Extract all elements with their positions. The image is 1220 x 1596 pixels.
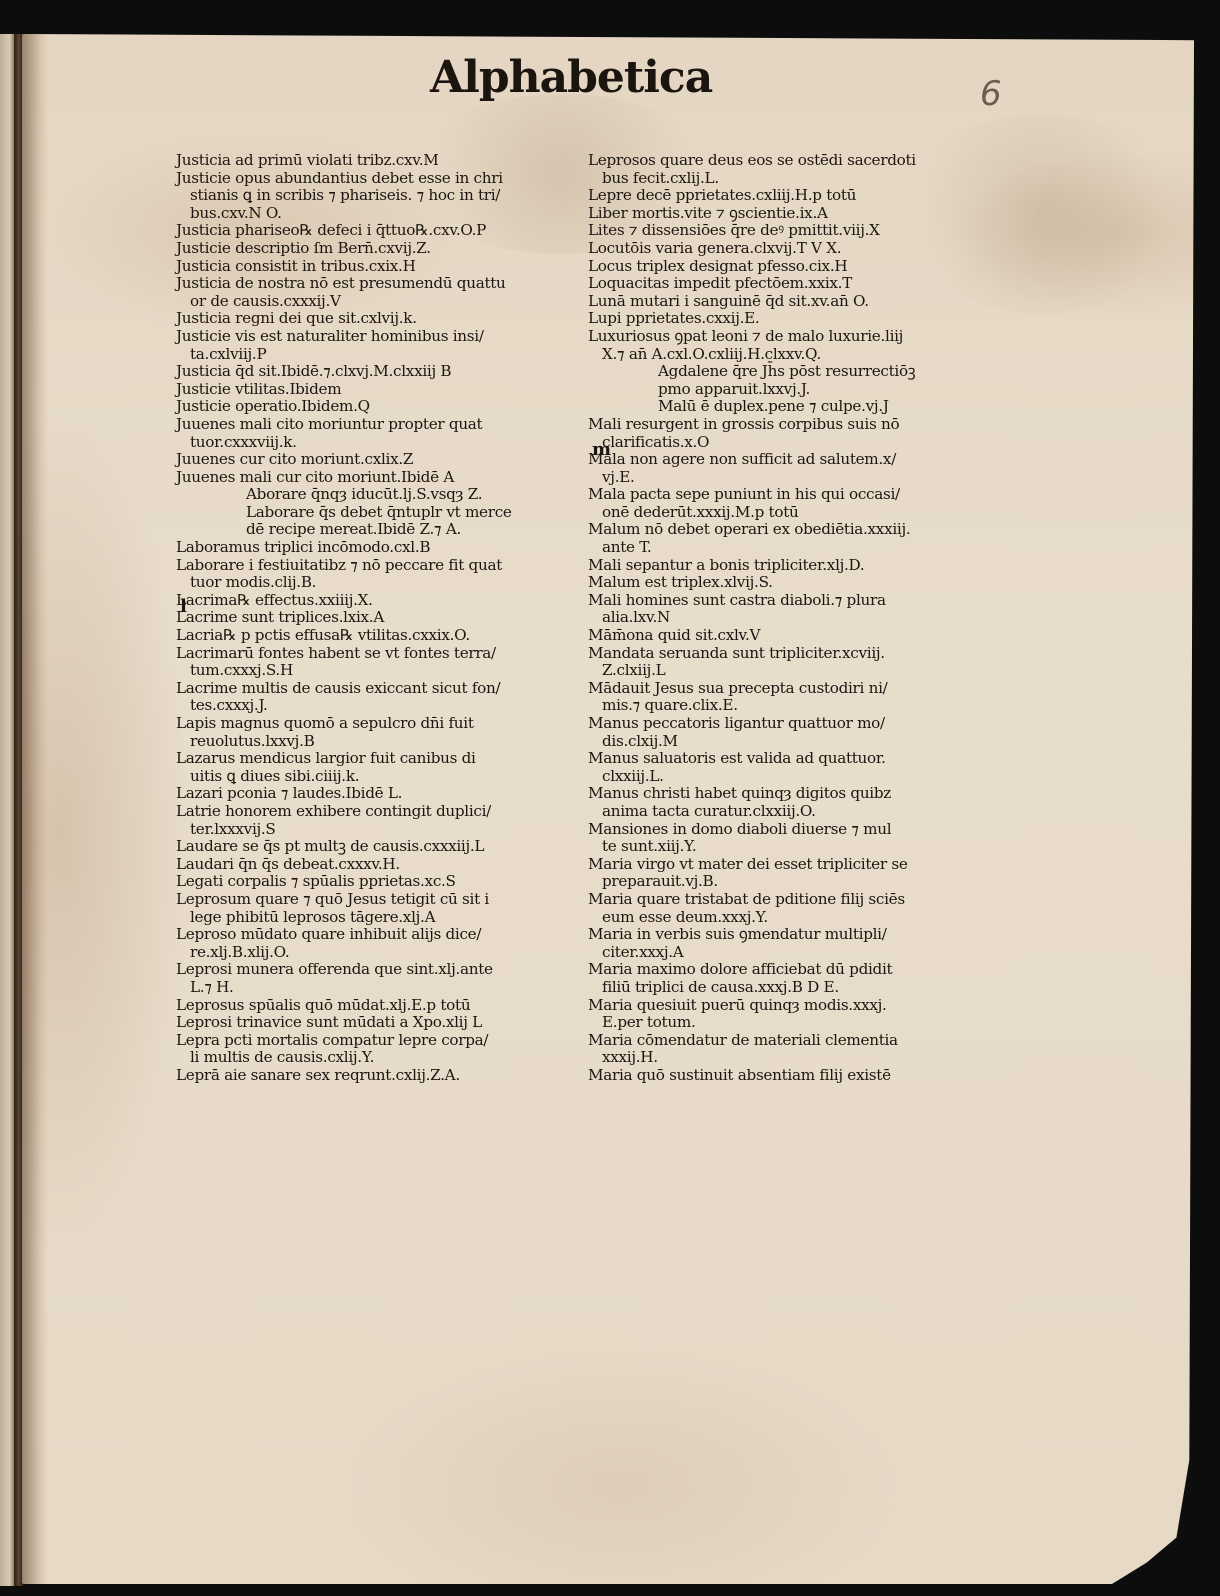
index-entry: Justicie vis est naturaliter hominibus i… xyxy=(176,328,556,363)
index-entry-continuation: ante T. xyxy=(588,539,968,557)
index-column-right: Leprosos quare deus eos se ostēdi sacerd… xyxy=(588,152,968,1084)
index-entry-text: Mala non agere non sufficit ad salutem.x… xyxy=(588,451,968,469)
index-entry-text: Laudari q̄n q̄s debeat.cxxxv.H. xyxy=(176,856,556,874)
index-entry-continuation: clarificatis.x.O xyxy=(588,434,968,452)
index-entry: Lepre decē pprietates.cxliij.H.p totū xyxy=(588,187,968,205)
index-entry-continuation: tuor.cxxxviij.k. xyxy=(176,434,556,452)
index-entry-text: Leprosi trinavice sunt mūdati a Xpo.xlij… xyxy=(176,1014,556,1032)
index-entry-continuation: stianis ꝗ in scribis ⁊ phariseis. ⁊ hoc … xyxy=(176,187,556,222)
index-entry-text: Justicia ad primū violati tribz.cxv.M xyxy=(176,152,556,170)
index-entry: Manus christi habet quinqȝ digitos quibz… xyxy=(588,785,968,820)
index-entry: Juuenes mali cur cito moriunt.Ibidē A xyxy=(176,469,556,487)
index-entry: Leproso mūdato quare inhibuit alijs dice… xyxy=(176,926,556,961)
index-entry: Maria maximo dolore afficiebat dū pdidit… xyxy=(588,961,968,996)
index-entry: Laboramus triplici incōmodo.cxl.B xyxy=(176,539,556,557)
index-entry-text: Lacrime sunt triplices.lxix.A xyxy=(176,609,556,627)
index-entry: Lepra pcti mortalis compatur lepre corpa… xyxy=(176,1032,556,1067)
index-entry-text: Maria quare tristabat de pditione filij … xyxy=(588,891,968,909)
index-entry-continuation: uitis ꝗ diues sibi.ciiij.k. xyxy=(176,768,556,786)
index-entry-text: Lepra pcti mortalis compatur lepre corpa… xyxy=(176,1032,556,1050)
index-entry: Malum est triplex.xlvij.S. xyxy=(588,574,968,592)
index-entry-text: Maria quesiuit puerū quinqȝ modis.xxxj. xyxy=(588,997,968,1015)
index-entry-text: Lazarus mendicus largior fuit canibus di xyxy=(176,750,556,768)
index-entry-text: Lacrime multis de causis exiccant sicut … xyxy=(176,680,556,698)
index-entry-text: Lazari pconia ⁊ laudes.Ibidē L. xyxy=(176,785,556,803)
index-entry-text: Leprosi munera offerenda que sint.xlj.an… xyxy=(176,961,556,979)
index-entry-text: Mām̄ona quid sit.cxlv.V xyxy=(588,627,968,645)
index-entry-text: Leproso mūdato quare inhibuit alijs dice… xyxy=(176,926,556,944)
index-entry-continuation: citer.xxxj.A xyxy=(588,944,968,962)
index-entry-continuation: filiū triplici de causa.xxxj.B D E. xyxy=(588,979,968,997)
index-entry-text: Justicie vtilitas.Ibidem xyxy=(176,381,556,399)
index-entry-continuation: X.⁊ an̄ A.cxl.O.cxliij.H.clxxv.Q. xyxy=(588,346,968,364)
index-entry: Maria in verbis suis ꝯmendatur multipli/… xyxy=(588,926,968,961)
index-entry-text: Mandata seruanda sunt tripliciter.xcviij… xyxy=(588,645,968,663)
index-entry: Leprosum quare ⁊ quō Jesus tetigit cū si… xyxy=(176,891,556,926)
index-entry: Justicia phariseo℞ defeci i q̄ttuo℞.cxv.… xyxy=(176,222,556,240)
index-entry-continuation: E.per totum. xyxy=(588,1014,968,1032)
index-entry-text: Justicie descriptio ſm Bern̄.cxvij.Z. xyxy=(176,240,556,258)
page-edge-stain xyxy=(22,34,48,1584)
index-entry-text: Laboramus triplici incōmodo.cxl.B xyxy=(176,539,556,557)
index-entry-continuation: reuolutus.lxxvj.B xyxy=(176,733,556,751)
index-entry: Mali homines sunt castra diaboli.⁊ plura… xyxy=(588,592,968,627)
index-entry: Malū ē duplex.pene ⁊ culpe.vj.J xyxy=(588,398,968,416)
index-entry-text: Justicie vis est naturaliter hominibus i… xyxy=(176,328,556,346)
index-entry-text: Maria quō sustinuit absentiam filij exis… xyxy=(588,1067,968,1085)
index-entry: Lites ⁊ dissensiōes q̄re deꝰ pmittit.vii… xyxy=(588,222,968,240)
index-entry-text: Malū ē duplex.pene ⁊ culpe.vj.J xyxy=(588,398,968,416)
index-entry-text: Justicia regni dei que sit.cxlvij.k. xyxy=(176,310,556,328)
index-entry-continuation: ter.lxxxvij.S xyxy=(176,821,556,839)
index-entry: Mali resurgent in grossis corpibus suis … xyxy=(588,416,968,451)
index-entry-text: Justicia consistit in tribus.cxix.H xyxy=(176,258,556,276)
index-entry-text: Juuenes cur cito moriunt.cxlix.Z xyxy=(176,451,556,469)
index-entry-text: Maria in verbis suis ꝯmendatur multipli/ xyxy=(588,926,968,944)
book-page: Alphabetica 6 Justicia ad primū violati … xyxy=(22,34,1194,1584)
guide-letter-l: l xyxy=(180,596,187,617)
index-entry: Malum nō debet operari ex obediētia.xxxi… xyxy=(588,521,968,556)
index-column-left: Justicia ad primū violati tribz.cxv.MJus… xyxy=(176,152,556,1084)
index-entry-text: Malum est triplex.xlvij.S. xyxy=(588,574,968,592)
index-entry: Justicie operatio.Ibidem.Q xyxy=(176,398,556,416)
index-entry-text: Maria cōmendatur de materiali clementia xyxy=(588,1032,968,1050)
index-entry-text: Lacria℞ p pctis effusa℞ vtilitas.cxxix.O… xyxy=(176,627,556,645)
index-entry-text: Justicie opus abundantius debet esse in … xyxy=(176,170,556,188)
index-entry-text: Maria virgo vt mater dei esset triplicit… xyxy=(588,856,968,874)
index-entry-text: Juuenes mali cur cito moriunt.Ibidē A xyxy=(176,469,556,487)
index-entry-text: Lepre decē pprietates.cxliij.H.p totū xyxy=(588,187,968,205)
index-entry: Lupi pprietates.cxxij.E. xyxy=(588,310,968,328)
index-entry: Leprosos quare deus eos se ostēdi sacerd… xyxy=(588,152,968,187)
index-entry: Locutōis varia genera.clxvij.T V X. xyxy=(588,240,968,258)
index-entry: Justicia regni dei que sit.cxlvij.k. xyxy=(176,310,556,328)
index-entry-text: Mali resurgent in grossis corpibus suis … xyxy=(588,416,968,434)
index-entry: Lacrimarū fontes habent se vt fontes ter… xyxy=(176,645,556,680)
index-entry-text: Malum nō debet operari ex obediētia.xxxi… xyxy=(588,521,968,539)
index-entry-continuation: te sunt.xiij.Y. xyxy=(588,838,968,856)
index-entry-text: Juuenes mali cito moriuntur propter quat xyxy=(176,416,556,434)
index-entry-text: Manus saluatoris est valida ad quattuor. xyxy=(588,750,968,768)
index-entry-continuation: alia.lxv.N xyxy=(588,609,968,627)
index-entry: Laborare q̄s debet q̄ntuplr vt mercedē r… xyxy=(176,504,556,539)
folio-number: 6 xyxy=(980,74,1002,114)
index-entry: Mansiones in domo diaboli diuerse ⁊ mult… xyxy=(588,821,968,856)
index-entry-continuation: clxxiij.L. xyxy=(588,768,968,786)
index-entry-text: Leprosos quare deus eos se ostēdi sacerd… xyxy=(588,152,968,170)
index-entry-continuation: dis.clxij.M xyxy=(588,733,968,751)
index-entry-text: Lites ⁊ dissensiōes q̄re deꝰ pmittit.vii… xyxy=(588,222,968,240)
index-entry-continuation: tum.cxxxj.S.H xyxy=(176,662,556,680)
index-entry-text: Mala pacta sepe puniunt in his qui occas… xyxy=(588,486,968,504)
index-entry: Manus saluatoris est valida ad quattuor.… xyxy=(588,750,968,785)
index-entry: Legati corpalis ⁊ spūalis pprietas.xc.S xyxy=(176,873,556,891)
index-entry-continuation: onē dederūt.xxxij.M.p totū xyxy=(588,504,968,522)
index-entry: Lunā mutari i sanguinē q̄d sit.xv.an̄ O. xyxy=(588,293,968,311)
index-entry: Mali sepantur a bonis tripliciter.xlj.D. xyxy=(588,557,968,575)
index-entry-text: Laborare i festiuitatibz ⁊ nō peccare fi… xyxy=(176,557,556,575)
index-entry-text: Aborare q̄nqȝ iducūt.lj.S.vsqȝ Z. xyxy=(176,486,556,504)
index-entry-text: Leprosus spūalis quō mūdat.xlj.E.p totū xyxy=(176,997,556,1015)
index-entry: Juuenes cur cito moriunt.cxlix.Z xyxy=(176,451,556,469)
index-entry: Luxuriosus ꝯpat leoni ⁊ de malo luxurie.… xyxy=(588,328,968,363)
index-entry-text: Lunā mutari i sanguinē q̄d sit.xv.an̄ O. xyxy=(588,293,968,311)
index-entry: Justicie descriptio ſm Bern̄.cxvij.Z. xyxy=(176,240,556,258)
index-entry: Laborare i festiuitatibz ⁊ nō peccare fi… xyxy=(176,557,556,592)
index-entry: Locus triplex designat pfesso.cix.H xyxy=(588,258,968,276)
index-entry-text: Manus peccatoris ligantur quattuor mo/ xyxy=(588,715,968,733)
index-entry-text: Justicia q̄d sit.Ibidē.⁊.clxvj.M.clxxiij… xyxy=(176,363,556,381)
index-entry-continuation: or de causis.cxxxij.V xyxy=(176,293,556,311)
index-entry: Aborare q̄nqȝ iducūt.lj.S.vsqȝ Z. xyxy=(176,486,556,504)
index-entry-text: Lacrimarū fontes habent se vt fontes ter… xyxy=(176,645,556,663)
index-entry: Justicie vtilitas.Ibidem xyxy=(176,381,556,399)
index-entry-text: Liber mortis.vite ⁊ ꝯscientie.ix.A xyxy=(588,205,968,223)
index-entry-continuation: eum esse deum.xxxj.Y. xyxy=(588,909,968,927)
index-entry: Lazarus mendicus largior fuit canibus di… xyxy=(176,750,556,785)
index-entry: Leprosus spūalis quō mūdat.xlj.E.p totū xyxy=(176,997,556,1015)
index-entry-text: Loquacitas impedit pfectōem.xxix.T xyxy=(588,275,968,293)
index-entry: Justicia ad primū violati tribz.cxv.M xyxy=(176,152,556,170)
index-entry: Laudari q̄n q̄s debeat.cxxxv.H. xyxy=(176,856,556,874)
index-entry: Lacria℞ p pctis effusa℞ vtilitas.cxxix.O… xyxy=(176,627,556,645)
index-entry-text: Mansiones in domo diaboli diuerse ⁊ mul xyxy=(588,821,968,839)
index-entry-text: Justicia de nostra nō est presumendū qua… xyxy=(176,275,556,293)
index-entry: Justicia de nostra nō est presumendū qua… xyxy=(176,275,556,310)
index-entry-text: Laudare se q̄s pt multꝫ de causis.cxxxii… xyxy=(176,838,556,856)
index-entry: Justicia consistit in tribus.cxix.H xyxy=(176,258,556,276)
index-entry: Loquacitas impedit pfectōem.xxix.T xyxy=(588,275,968,293)
index-entry: Mandata seruanda sunt tripliciter.xcviij… xyxy=(588,645,968,680)
index-entry: Maria quesiuit puerū quinqȝ modis.xxxj.E… xyxy=(588,997,968,1032)
index-entry: Latrie honorem exhibere contingit duplic… xyxy=(176,803,556,838)
index-entry-text: Locutōis varia genera.clxvij.T V X. xyxy=(588,240,968,258)
running-head: Alphabetica xyxy=(430,52,712,103)
index-entry: Juuenes mali cito moriuntur propter quat… xyxy=(176,416,556,451)
index-entry-continuation: tes.cxxxj.J. xyxy=(176,697,556,715)
index-entry-text: Justicia phariseo℞ defeci i q̄ttuo℞.cxv.… xyxy=(176,222,556,240)
index-entry: Mala pacta sepe puniunt in his qui occas… xyxy=(588,486,968,521)
index-entry-text: Locus triplex designat pfesso.cix.H xyxy=(588,258,968,276)
index-entry-continuation: xxxij.H. xyxy=(588,1049,968,1067)
index-entry-text: Lapis magnus quomō a sepulcro dn̄i fuit xyxy=(176,715,556,733)
index-entry: Laudare se q̄s pt multꝫ de causis.cxxxii… xyxy=(176,838,556,856)
index-entry-continuation: li multis de causis.cxlij.Y. xyxy=(176,1049,556,1067)
index-entry-text: Agdalene q̄re Jh̄s pōst resurrectiōꝫ xyxy=(588,363,968,381)
index-entry: Mala non agere non sufficit ad salutem.x… xyxy=(588,451,968,486)
index-entry-continuation: preparauit.vj.B. xyxy=(588,873,968,891)
index-entry-continuation: L.⁊ H. xyxy=(176,979,556,997)
index-entry: Mādauit Jesus sua precepta custodiri ni/… xyxy=(588,680,968,715)
index-entry-text: Lupi pprietates.cxxij.E. xyxy=(588,310,968,328)
index-entry: Lapis magnus quomō a sepulcro dn̄i fuitr… xyxy=(176,715,556,750)
index-entry-continuation: tuor modis.clij.B. xyxy=(176,574,556,592)
index-entry-continuation: re.xlj.B.xlij.O. xyxy=(176,944,556,962)
index-entry-text: Mali homines sunt castra diaboli.⁊ plura xyxy=(588,592,968,610)
index-entry: Agdalene q̄re Jh̄s pōst resurrectiōꝫpmo … xyxy=(588,363,968,398)
guide-letter-m: m xyxy=(592,439,611,460)
index-entry: Justicia q̄d sit.Ibidē.⁊.clxvj.M.clxxiij… xyxy=(176,363,556,381)
index-entry: Leprā aie sanare sex reqrunt.cxlij.Z.A. xyxy=(176,1067,556,1085)
index-entry: Lacrima℞ effectus.xxiiij.X. xyxy=(176,592,556,610)
index-entry-continuation: bus fecit.cxlij.L. xyxy=(588,170,968,188)
index-entry: Maria quō sustinuit absentiam filij exis… xyxy=(588,1067,968,1085)
index-entry-text: Mādauit Jesus sua precepta custodiri ni/ xyxy=(588,680,968,698)
index-entry-text: Mali sepantur a bonis tripliciter.xlj.D. xyxy=(588,557,968,575)
index-entry: Lacrime multis de causis exiccant sicut … xyxy=(176,680,556,715)
index-entry-continuation: pmo apparuit.lxxvj.J. xyxy=(588,381,968,399)
index-entry: Maria cōmendatur de materiali clementiax… xyxy=(588,1032,968,1067)
index-entry: Lazari pconia ⁊ laudes.Ibidē L. xyxy=(176,785,556,803)
index-entry: Mām̄ona quid sit.cxlv.V xyxy=(588,627,968,645)
index-entry-continuation: dē recipe mereat.Ibidē Z.⁊ A. xyxy=(176,521,556,539)
index-entry: Maria quare tristabat de pditione filij … xyxy=(588,891,968,926)
index-entry-text: Leprā aie sanare sex reqrunt.cxlij.Z.A. xyxy=(176,1067,556,1085)
index-entry-text: Justicie operatio.Ibidem.Q xyxy=(176,398,556,416)
index-entry: Leprosi trinavice sunt mūdati a Xpo.xlij… xyxy=(176,1014,556,1032)
index-entry-continuation: anima tacta curatur.clxxiij.O. xyxy=(588,803,968,821)
index-entry-text: Lacrima℞ effectus.xxiiij.X. xyxy=(176,592,556,610)
index-entry-text: Latrie honorem exhibere contingit duplic… xyxy=(176,803,556,821)
index-entry-continuation: Z.clxiij.L xyxy=(588,662,968,680)
index-entry-continuation: lege phibitū leprosos tāgere.xlj.A xyxy=(176,909,556,927)
index-entry-continuation: ta.cxlviij.P xyxy=(176,346,556,364)
index-entry-text: Maria maximo dolore afficiebat dū pdidit xyxy=(588,961,968,979)
index-entry-text: Luxuriosus ꝯpat leoni ⁊ de malo luxurie.… xyxy=(588,328,968,346)
index-entry: Lacrime sunt triplices.lxix.A xyxy=(176,609,556,627)
index-entry-continuation: mis.⁊ quare.clix.E. xyxy=(588,697,968,715)
index-entry: Justicie opus abundantius debet esse in … xyxy=(176,170,556,223)
index-entry-text: Laborare q̄s debet q̄ntuplr vt merce xyxy=(176,504,556,522)
index-entry-text: Leprosum quare ⁊ quō Jesus tetigit cū si… xyxy=(176,891,556,909)
index-entry: Leprosi munera offerenda que sint.xlj.an… xyxy=(176,961,556,996)
index-entry: Liber mortis.vite ⁊ ꝯscientie.ix.A xyxy=(588,205,968,223)
index-entry-text: Manus christi habet quinqȝ digitos quibz xyxy=(588,785,968,803)
index-entry: Manus peccatoris ligantur quattuor mo/di… xyxy=(588,715,968,750)
index-entry-continuation: vj.E. xyxy=(588,469,968,487)
index-entry-text: Legati corpalis ⁊ spūalis pprietas.xc.S xyxy=(176,873,556,891)
index-entry: Maria virgo vt mater dei esset triplicit… xyxy=(588,856,968,891)
